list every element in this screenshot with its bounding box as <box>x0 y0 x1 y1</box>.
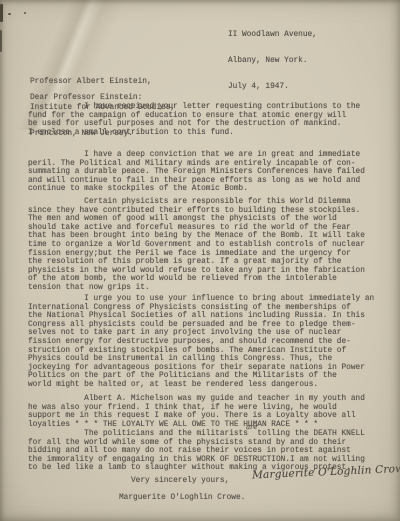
sender-address: II Woodlawn Avenue, Albany, New York. Ju… <box>228 14 317 109</box>
sender-address-line: Albany, New York. <box>228 57 317 66</box>
paragraph-1: I have received your letter requesting c… <box>28 103 360 137</box>
paragraph-5: Albert A. Michelson was my guide and tea… <box>28 395 365 429</box>
letter-page: II Woodlawn Avenue, Albany, New York. Ju… <box>0 0 400 521</box>
scan-edge-mark <box>0 30 2 52</box>
salutation: Dear Professor Einstein: <box>30 94 142 103</box>
paragraph-2: I have a deep conviction that we are in … <box>28 151 365 194</box>
paragraph-4: I urge you to use your influence to brin… <box>28 295 374 390</box>
ink-speck <box>24 12 26 14</box>
ink-speck <box>8 13 11 15</box>
closing: Very sincerely yours, <box>131 477 229 486</box>
handwritten-insertion: are <box>246 423 258 432</box>
sender-address-line: II Woodlawn Avenue, <box>228 31 317 40</box>
typed-name: Marguerite O'Loghlin Crowe. <box>119 494 245 503</box>
recipient-name: Professor Albert Einstein, <box>30 78 175 87</box>
letter-date: July 4, 1947. <box>228 83 317 92</box>
scan-edge-mark <box>0 4 3 22</box>
paragraph-3: Certain physicists are responsible for t… <box>28 198 365 293</box>
